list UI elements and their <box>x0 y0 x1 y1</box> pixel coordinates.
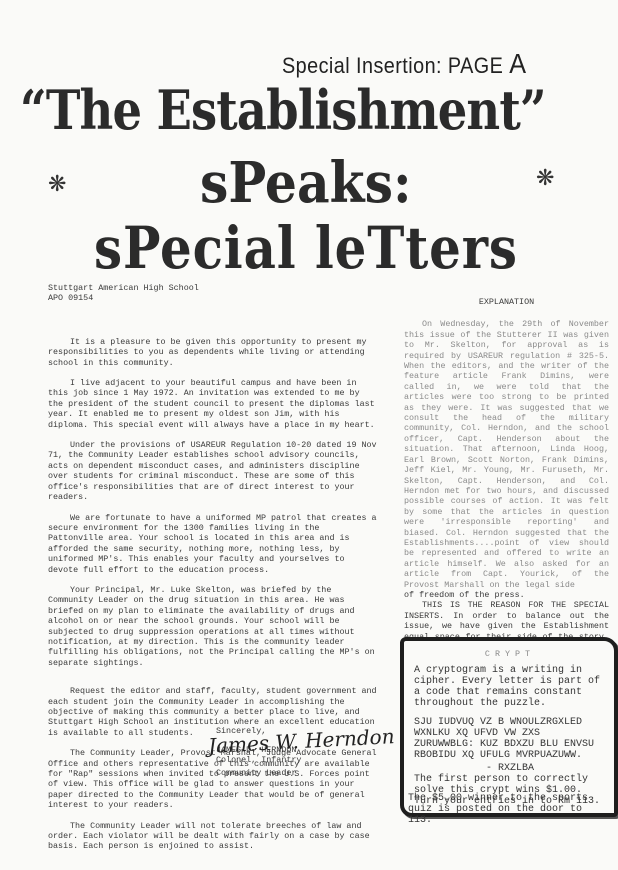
headline-speaks: sPeaks: <box>200 150 412 216</box>
letter-paragraph: The Community Leader will not tolerate b… <box>48 821 378 852</box>
handwritten-signature: James W. Herndon <box>208 732 395 752</box>
letter-paragraph: Under the provisions of USAREUR Regulati… <box>48 440 378 502</box>
signer-title: Community Leader <box>216 768 395 778</box>
insertion-page-letter: A <box>509 48 526 79</box>
special-insertion-label: Special Insertion: PAGE A <box>282 48 527 80</box>
explanation-column: EXPLANATION On Wednesday, the 29th of No… <box>404 297 609 688</box>
signer-rank: Colonel, Infantry <box>216 755 395 765</box>
crypt-attribution: - RXZLBA <box>414 763 606 774</box>
letter-paragraph: Your Principal, Mr. Luke Skelton, was br… <box>48 585 378 668</box>
newspaper-page: Special Insertion: PAGE A “The Establish… <box>0 0 618 870</box>
address-apo: APO 09154 <box>48 293 378 303</box>
insertion-label-text: Special Insertion: PAGE <box>282 53 503 78</box>
explanation-paragraph-tail: of freedom of the press. <box>404 590 609 600</box>
ornament-flower-icon: ❋ <box>536 166 554 191</box>
letter-paragraph: It is a pleasure to be given this opport… <box>48 337 378 368</box>
crypt-intro: A cryptogram is a writing in cipher. Eve… <box>414 665 606 709</box>
sports-quiz-note: The $5.00 winner to the sports quiz is p… <box>408 793 608 826</box>
headline-special-letters: sPecial leTters <box>94 214 518 282</box>
letter-signature-block: Sincerely, James W. Herndon JAMES D. HER… <box>216 726 395 778</box>
crypt-cipher: SJU IUDVUQ VZ B WNOULZRGXLED WXNLKU XQ U… <box>414 717 606 761</box>
letter-address: Stuttgart American High School APO 09154 <box>48 283 378 304</box>
explanation-paragraph: On Wednesday, the 29th of November this … <box>404 319 609 590</box>
letter-paragraph: I live adjacent to your beautiful campus… <box>48 378 378 430</box>
crypt-puzzle-box: CRYPT A cryptogram is a writing in ciphe… <box>400 637 618 817</box>
address-school: Stuttgart American High School <box>48 283 378 293</box>
crypt-title: CRYPT <box>414 649 606 659</box>
explanation-title: EXPLANATION <box>404 297 609 307</box>
letter-paragraph: We are fortunate to have a uniformed MP … <box>48 513 378 575</box>
headline-establishment: “The Establishment” <box>20 78 546 142</box>
ornament-flower-icon: ❋ <box>48 172 66 197</box>
